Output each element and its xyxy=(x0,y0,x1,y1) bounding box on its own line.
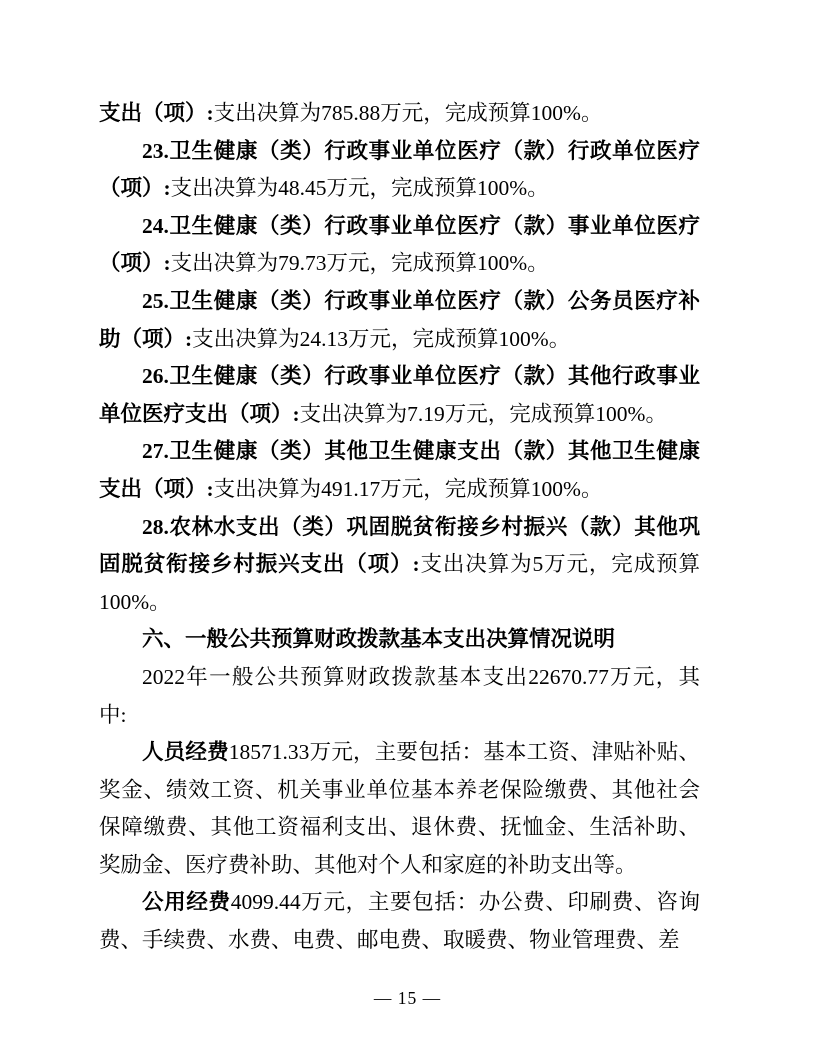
item-22-tail-value: 支出决算为785.88万元，完成预算100%。 xyxy=(214,101,603,125)
para-item-22-continuation: 支出（项）:支出决算为785.88万元，完成预算100%。 xyxy=(99,95,700,133)
item-25-value: 支出决算为24.13万元，完成预算100%。 xyxy=(192,327,570,351)
para-public-expense: 公用经费4099.44万元，主要包括：办公费、印刷费、咨询费、手续费、水费、电费… xyxy=(99,884,700,959)
basic-expense-total-text: 2022年一般公共预算财政拨款基本支出22670.77万元，其中: xyxy=(99,665,700,727)
item-26-value: 支出决算为7.19万元，完成预算100%。 xyxy=(300,402,667,426)
item-22-tail-label: 支出（项）: xyxy=(99,101,214,125)
item-24-value: 支出决算为79.73万元，完成预算100%。 xyxy=(171,251,549,275)
page-number: — 15 — xyxy=(0,988,815,1009)
personnel-expense-label: 人员经费 xyxy=(142,740,229,764)
section-heading-six: 六、一般公共预算财政拨款基本支出决算情况说明 xyxy=(99,621,700,659)
para-item-23: 23.卫生健康（类）行政事业单位医疗（款）行政单位医疗（项）:支出决算为48.4… xyxy=(99,133,700,208)
section-heading-six-text: 六、一般公共预算财政拨款基本支出决算情况说明 xyxy=(142,627,615,651)
para-item-26: 26.卫生健康（类）行政事业单位医疗（款）其他行政事业单位医疗支出（项）:支出决… xyxy=(99,358,700,433)
item-23-value: 支出决算为48.45万元，完成预算100%。 xyxy=(171,176,549,200)
para-personnel-expense: 人员经费18571.33万元，主要包括：基本工资、津贴补贴、奖金、绩效工资、机关… xyxy=(99,734,700,884)
document-body: 支出（项）:支出决算为785.88万元，完成预算100%。 23.卫生健康（类）… xyxy=(99,95,700,960)
para-item-28: 28.农林水支出（类）巩固脱贫衔接乡村振兴（款）其他巩固脱贫衔接乡村振兴支出（项… xyxy=(99,509,700,622)
para-item-27: 27.卫生健康（类）其他卫生健康支出（款）其他卫生健康支出（项）:支出决算为49… xyxy=(99,433,700,508)
item-27-value: 支出决算为491.17万元，完成预算100%。 xyxy=(214,477,603,501)
para-basic-expense-total: 2022年一般公共预算财政拨款基本支出22670.77万元，其中: xyxy=(99,659,700,734)
para-item-25: 25.卫生健康（类）行政事业单位医疗（款）公务员医疗补助（项）:支出决算为24.… xyxy=(99,283,700,358)
para-item-24: 24.卫生健康（类）行政事业单位医疗（款）事业单位医疗（项）:支出决算为79.7… xyxy=(99,208,700,283)
document-page: 支出（项）:支出决算为785.88万元，完成预算100%。 23.卫生健康（类）… xyxy=(0,0,815,1055)
public-expense-label: 公用经费 xyxy=(142,890,231,914)
